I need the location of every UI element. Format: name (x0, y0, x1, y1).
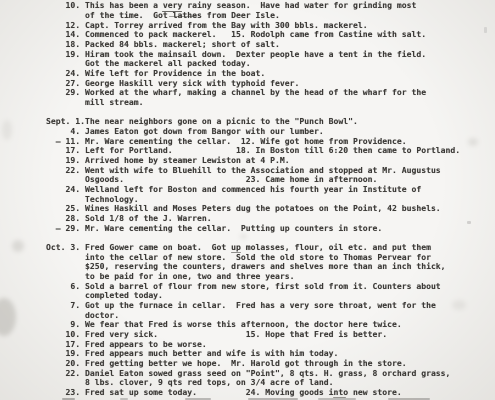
paper-smudge (468, 138, 478, 146)
ink-mark (484, 27, 487, 33)
ink-mark (162, 11, 183, 12)
journal-line: mill stream. (7, 98, 460, 108)
paper-smudge (2, 120, 12, 140)
scanned-journal-page: 10. This has been a very rainy season. H… (0, 0, 495, 400)
journal-line: 23. Fred sat up some today. 24. Moving g… (7, 388, 460, 398)
ink-mark (467, 221, 471, 224)
journal-text-block: 10. This has been a very rainy season. H… (7, 1, 460, 398)
ink-mark (231, 252, 242, 253)
paper-smudge (12, 240, 24, 252)
journal-line: – 29. Mr. Ware cementing the cellar. Put… (7, 224, 460, 234)
paper-smudge (452, 300, 466, 310)
paper-smudge (240, 234, 247, 239)
